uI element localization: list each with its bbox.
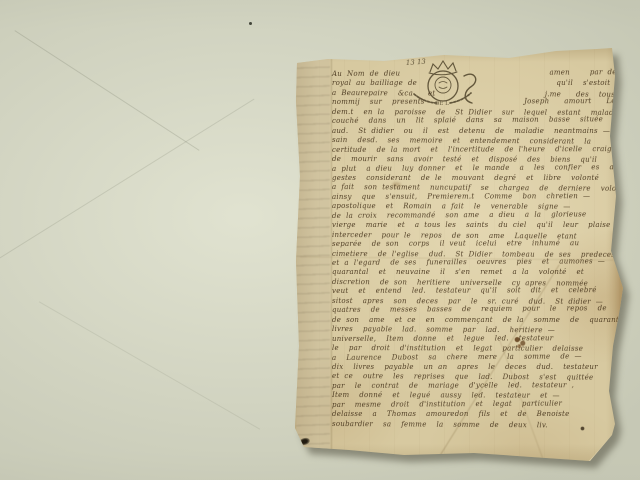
- manuscript-line: Au Nom de dieu amen par devant le no.re …: [332, 68, 640, 79]
- manuscript-line: vierge marie et a tous les saints du cie…: [332, 221, 611, 230]
- manuscript-line: a Laurence Dubost sa chere mere la somme…: [332, 352, 582, 363]
- manuscript-line: ainsy que s'ensuit, Premierem.t Comme bo…: [332, 192, 590, 202]
- stamp-handwritten-marks: 13 13: [406, 58, 427, 67]
- manuscript-line: quarantal et neuvaine il s'en remet a la…: [332, 268, 584, 277]
- manuscript-line: delaisse a Thomas amouredon fils et de B…: [332, 410, 569, 419]
- manuscript-line: veut et entend led. testateur qu'il soit…: [332, 287, 597, 297]
- manuscript-line: a plut a dieu luy donner et le mande a l…: [332, 163, 634, 174]
- manuscript-line: dix livres payable un an apres le deces …: [332, 363, 598, 372]
- manuscript-line: soubardier sa femme la somme de deux liv…: [332, 420, 548, 430]
- small-hole: [580, 426, 585, 431]
- manuscript-line: couché dans un lit splaié dans sa maison…: [332, 116, 603, 127]
- manuscript-line: quatres de messes basses de requiem pour…: [332, 305, 607, 316]
- manuscript-page: 13 13 DE L Au Nom de dieu amen par devan…: [294, 46, 624, 464]
- manuscript-line: gestes considerant de le mouvant degré e…: [332, 174, 599, 183]
- manuscript-line: aud. St didier ou il est detenu de malad…: [332, 127, 610, 136]
- verso-bleedthrough-strip: [296, 58, 330, 450]
- manuscript-line: nommij sur presents Joseph amourt Lebaud…: [332, 97, 640, 107]
- manuscript-line: par mesme droit d'institution et legat p…: [332, 399, 562, 409]
- manuscript-line: separée de son corps il veut icelui etre…: [332, 239, 579, 249]
- photo-of-manuscript: 13 13 DE L Au Nom de dieu amen par devan…: [0, 0, 640, 480]
- manuscript-line: de son ame et ce en commençant de la som…: [332, 316, 623, 325]
- ink-stain-cluster: [513, 336, 527, 348]
- manuscript-line: royal au bailliage de qu'il s'estoit dem…: [332, 79, 640, 88]
- manuscript-lines: Au Nom de dieu amen par devant le no.re …: [332, 70, 614, 442]
- manuscript-line: certitude de la mort et l'incertitude de…: [332, 145, 629, 155]
- manuscript-line: de la croix recommandé son ame a dieu a …: [332, 210, 586, 221]
- manuscript-line: par le contrat de mariage d'ycelle led. …: [332, 381, 574, 391]
